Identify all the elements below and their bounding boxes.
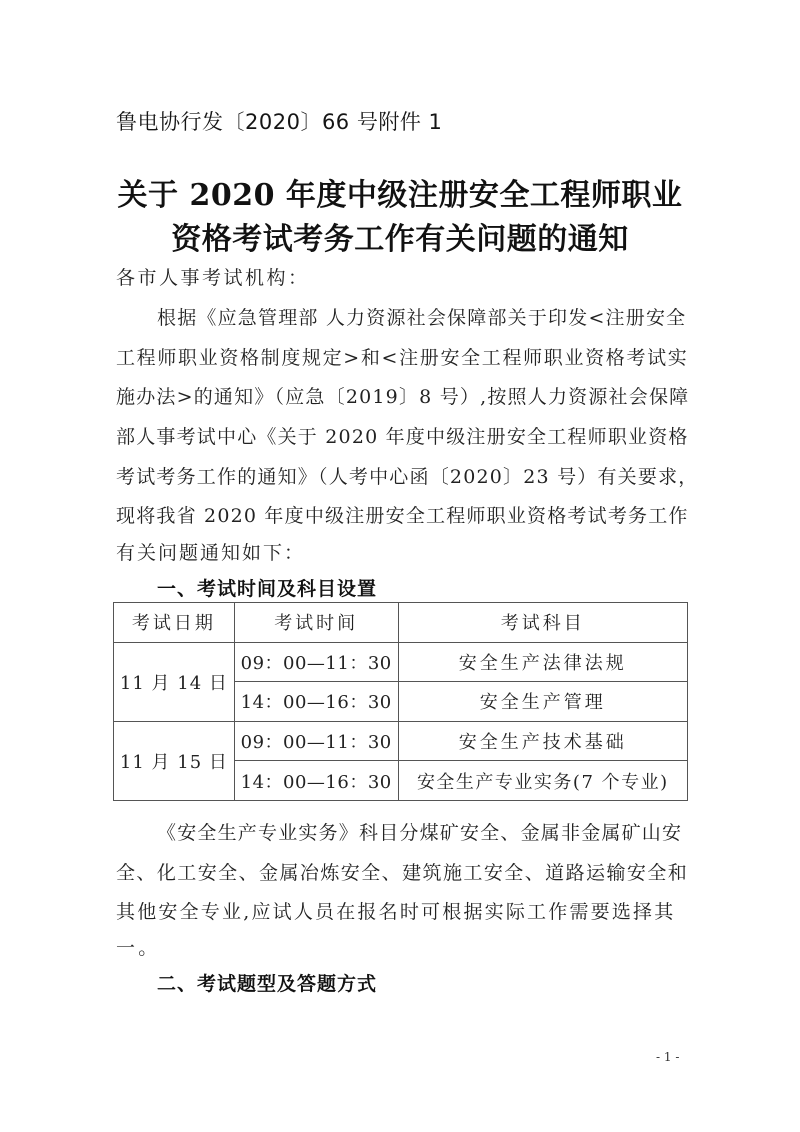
intro-paragraph-line: 工程师职业资格制度规定>和<注册安全工程师职业资格考试实	[116, 343, 688, 370]
exam-subject-cell: 安全生产法律法规	[398, 642, 687, 682]
intro-paragraph-line: 施办法>的通知》（应急〔2019〕8 号）,按照人力资源社会保障	[116, 382, 688, 409]
intro-paragraph-line: 有关问题通知如下：	[116, 538, 688, 565]
section-heading-1: 一、考试时间及科目设置	[157, 574, 377, 601]
intro-paragraph-line: 根据《应急管理部 人力资源社会保障部关于印发<注册安全	[157, 303, 688, 330]
intro-paragraph-line: 部人事考试中心《关于 2020 年度中级注册安全工程师职业资格	[116, 422, 688, 449]
note-paragraph-line: 全、化工安全、金属冶炼安全、建筑施工安全、道路运输安全和	[116, 858, 688, 885]
section-heading-2: 二、考试题型及答题方式	[157, 969, 377, 996]
table-header-row: 考试日期 考试时间 考试科目	[114, 603, 688, 643]
salutation: 各市人事考试机构：	[116, 263, 688, 290]
page-number: - 1 -	[656, 1050, 679, 1064]
exam-date-cell: 11 月 15 日	[114, 721, 235, 800]
note-paragraph-line: 其他安全专业,应试人员在报名时可根据实际工作需要选择其	[116, 897, 671, 924]
header-exam-time: 考试时间	[234, 603, 398, 643]
note-paragraph-line: 《安全生产专业实务》科目分煤矿安全、金属非金属矿山安	[157, 818, 688, 845]
table-row: 11 月 15 日 09：00—11：30 安全生产技术基础	[114, 721, 688, 761]
intro-paragraph-line: 考试考务工作的通知》（人考中心函〔2020〕23 号）有关要求，	[116, 462, 688, 489]
header-exam-date: 考试日期	[114, 603, 235, 643]
exam-subject-cell: 安全生产管理	[398, 682, 687, 722]
exam-subject-cell: 安全生产技术基础	[398, 721, 687, 761]
exam-time-cell: 14：00—16：30	[234, 761, 398, 801]
document-title-line-2: 资格考试考务工作有关问题的通知	[0, 214, 800, 258]
exam-date-cell: 11 月 14 日	[114, 642, 235, 721]
exam-subject-cell: 安全生产专业实务(7 个专业)	[398, 761, 687, 801]
intro-paragraph-line: 现将我省 2020 年度中级注册安全工程师职业资格考试考务工作	[116, 501, 688, 528]
exam-time-cell: 09：00—11：30	[234, 642, 398, 682]
table-row: 11 月 14 日 09：00—11：30 安全生产法律法规	[114, 642, 688, 682]
exam-schedule-table: 考试日期 考试时间 考试科目 11 月 14 日 09：00—11：30 安全生…	[113, 602, 688, 801]
exam-time-cell: 09：00—11：30	[234, 721, 398, 761]
header-exam-subject: 考试科目	[398, 603, 687, 643]
document-title-line-1: 关于 2020 年度中级注册安全工程师职业	[0, 170, 800, 214]
exam-time-cell: 14：00—16：30	[234, 682, 398, 722]
attachment-reference: 鲁电协行发〔2020〕66 号附件 1	[116, 106, 442, 136]
document-page: 鲁电协行发〔2020〕66 号附件 1 关于 2020 年度中级注册安全工程师职…	[0, 0, 800, 1132]
note-paragraph-line: 一。	[116, 933, 688, 960]
